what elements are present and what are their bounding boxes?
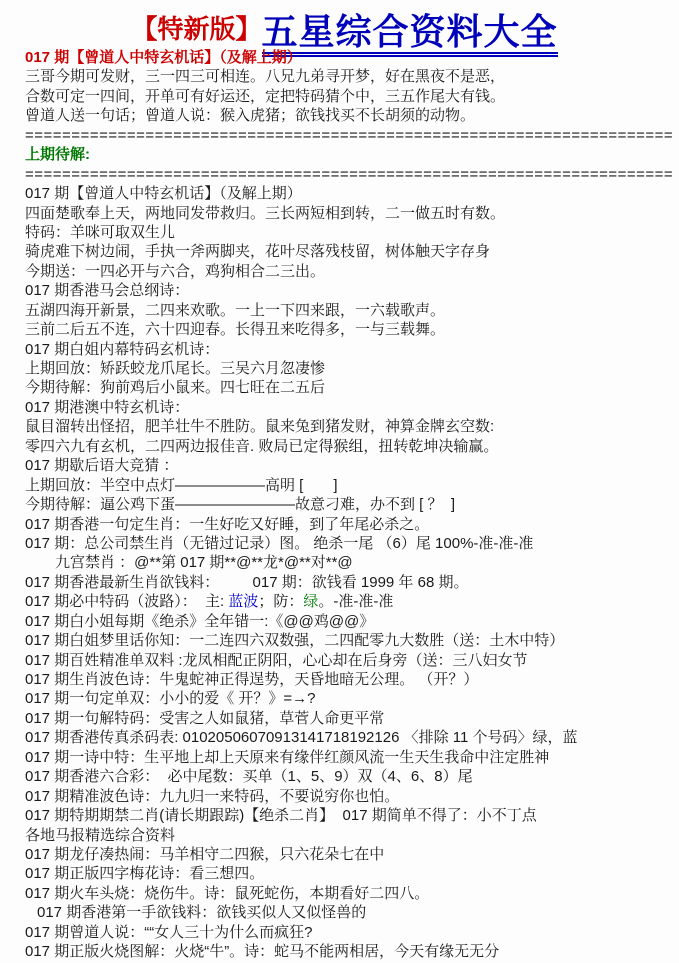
text-line: 017 期白姐梦里话你知：一二连四六双数强，二四配零九大数胜（送：土木中特）	[25, 631, 673, 650]
text-line: 017 期白小姐每期《绝杀》全年错一:《@@鸡@@》	[25, 612, 673, 631]
text-line: 骑虎难下树边闹，手执一斧两脚夹，花叶尽落残枝留，树体触天字存身	[25, 242, 673, 261]
separator-line: ========================================…	[25, 165, 673, 184]
text-segment: 017 期必中特码（波路）： 主:	[25, 593, 228, 610]
text-line: 三前二后五不连，六十四迎春。长得丑来吃得多，一与三载舞。	[25, 320, 673, 339]
edition-tag-label: 【特新版】	[131, 14, 261, 44]
text-line: 九宫禁肖 ：@**第 017 期**@**龙*@**对**@	[25, 553, 673, 572]
text-line: 017 期曾道人说：““女人三十为什么而疯狂?	[25, 923, 673, 942]
text-line: 017 期必中特码（波路）： 主: 蓝波；防：绿。-准-准-准	[25, 592, 673, 611]
text-line: 017 期一句定单双：小小的爱《 开？》=→?	[25, 689, 673, 708]
text-segment: ；防：	[258, 593, 303, 610]
content-lines: 017 期【曾道人中特玄机话】（及解上期）三哥今期可发财，三一四三可相连。八兄九…	[0, 48, 679, 962]
text-line: 今期送：一四必开与六合，鸡狗相合二三出。	[25, 262, 673, 281]
text-line: 017 期精准波色诗：九九归一来特码，不要说穷你也怕。	[25, 787, 673, 806]
text-line: 今期待解：狗前鸡后小鼠来。四七旺在二五后	[25, 378, 673, 397]
text-line: 特码：羊咪可取双生儿	[25, 223, 673, 242]
text-line: 017 期白姐内幕特码玄机诗：	[25, 340, 673, 359]
text-line: 017 期：总公司禁生肖（无错过记录）图。 绝杀一尾 （6）尾 100%-准-准…	[25, 534, 673, 553]
text-line: 017 期正版四字梅花诗：看三想四。	[25, 864, 673, 883]
text-line: 上期回放：半空中点灯——————高明 [ ]	[25, 476, 673, 495]
text-line: 017 期香港最新生肖欲钱料： 017 期：欲钱看 1999 年 68 期。	[25, 573, 673, 592]
text-line: 零四六九有玄机，二四两边报佳音. 败局已定得猴组，扭转乾坤决输赢。	[25, 437, 673, 456]
text-line: 曾道人送一句话；曾道人说：猴入虎猪；欲钱找买不长胡须的动物。	[25, 106, 673, 125]
text-line: 017 期正版火烧图解：火烧“牛”。诗：蛇马不能两相居，今天有缘无无分	[25, 942, 673, 961]
page-header: 【特新版】五星综合资料大全	[0, 0, 679, 48]
text-line: 017 期生肖波色诗：牛鬼蛇神正得逞势，天昏地暗无公理。 （开？）	[25, 670, 673, 689]
text-line: 017 期香港马会总纲诗：	[25, 281, 673, 300]
text-line: 各地马报精选综合资料	[25, 826, 673, 845]
text-line: 今期待解：逼公鸡下蛋————————故意刁难，办不到 [ ？ ]	[25, 495, 673, 514]
text-line: 017 期歇后语大竞猜 ：	[25, 456, 673, 475]
text-line: 上期待解:	[25, 145, 673, 164]
text-line: 上期回放：矫跃蛟龙爪尾长。三吴六月忽凄惨	[25, 359, 673, 378]
text-line: 017 期龙仔凑热闹：马羊相守二四猴，只六花朵七在中	[25, 845, 673, 864]
text-line: 017 期香港六合彩： 必中尾数：买单（1、5、9）双（4、6、8）尾	[25, 767, 673, 786]
text-segment: 绿	[303, 593, 318, 610]
text-line: 合数可定一四间，开单可有好运还，定把特码猜个中，三五作尾大有钱。	[25, 87, 673, 106]
text-line: 017 期特期期禁二肖(请长期跟踪)【绝杀二肖】 017 期简单不得了：小不丁点	[25, 806, 673, 825]
text-segment: 。-准-准-准	[318, 593, 393, 610]
text-line: 鼠目溜转出怪招，肥羊壮牛不胜防。鼠来兔到猪发财，神算金牌玄空数:	[25, 417, 673, 436]
text-line: 五湖四海开新景，二四来欢歌。一上一下四来跟，一六载歌声。	[25, 301, 673, 320]
page-title: 五星综合资料大全	[262, 11, 558, 57]
text-line: 017 期火车头烧：烧伤牛。诗：鼠死蛇伤，本期看好二四八。	[25, 884, 673, 903]
separator-line: ========================================…	[25, 126, 673, 145]
text-line: 017 期百姓精准单双料 :龙凤相配正阴阳，心心却在后身旁（送：三八妇女节	[25, 651, 673, 670]
text-line: 017 期香港一句定生肖：一生好吃又好睡，到了年尾必杀之。	[25, 515, 673, 534]
lottery-info-page: 【特新版】五星综合资料大全 017 期【曾道人中特玄机话】（及解上期）三哥今期可…	[0, 0, 679, 963]
text-line: 017 期港澳中特玄机诗：	[25, 398, 673, 417]
text-line: 017 期一诗中特：生平地上却上天原来有缘伴红颜风流一生天生我命中注定胜神	[25, 748, 673, 767]
text-line: 017 期香港第一手欲钱料：欲钱买似人又似怪兽的	[25, 903, 673, 922]
text-line: 017 期一句解特码：受害之人如鼠猪，草菅人命更平常	[25, 709, 673, 728]
text-line: 三哥今期可发财，三一四三可相连。八兄九弟寻开梦，好在黑夜不是恶，	[25, 67, 673, 86]
text-line: 017 期香港传真杀码表: 01020506070913141718192126…	[25, 728, 673, 747]
text-line: 017 期【曾道人中特玄机话】（及解上期）	[25, 184, 673, 203]
text-segment: 蓝波	[228, 593, 258, 610]
text-line: 四面楚歌奉上天，两地同发带救归。三长两短相到转，二一做五时有数。	[25, 204, 673, 223]
